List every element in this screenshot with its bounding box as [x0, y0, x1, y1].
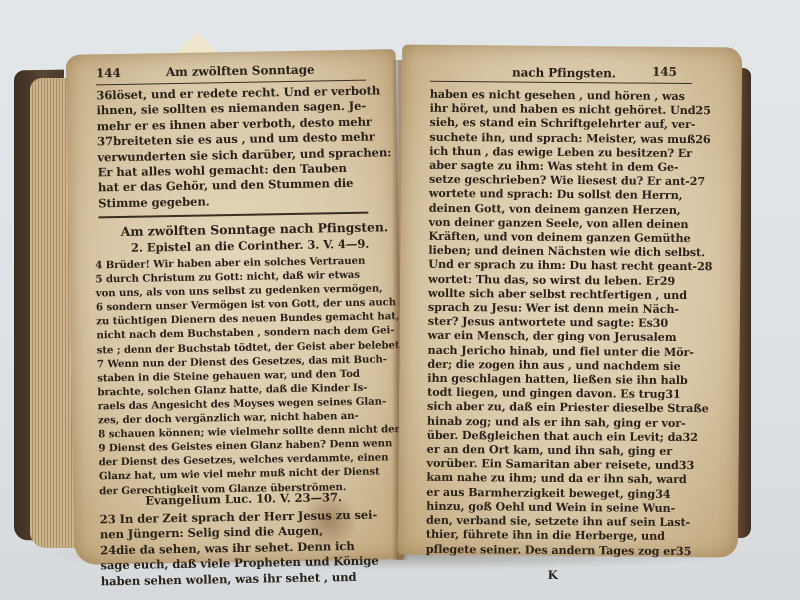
- left-running-head: Am zwölften Sonntage: [166, 63, 315, 81]
- epistle-text: 4 Brüder! Wir haben aber ein solches Ver…: [95, 253, 405, 498]
- left-page: 144 Am zwölften Sonntage 36löset, und er…: [66, 49, 405, 565]
- bookmark-slip: [175, 32, 219, 54]
- right-page-text: haben es nicht gesehen , und hören , was…: [426, 87, 714, 558]
- right-running-head: nach Pfingsten.: [512, 65, 616, 81]
- signature-mark: K: [548, 568, 558, 583]
- right-page-number: 145: [652, 65, 677, 81]
- section-divider: [98, 212, 368, 219]
- header-rule: [430, 81, 692, 84]
- right-page: nach Pfingsten. 145 haben es nicht geseh…: [398, 45, 742, 558]
- gospel-text: 23 In der Zeit sprach der Herr Jesus zu …: [100, 508, 379, 590]
- continued-text: 36löset, und er redete recht. Und er ver…: [96, 83, 392, 211]
- left-page-number: 144: [96, 66, 121, 82]
